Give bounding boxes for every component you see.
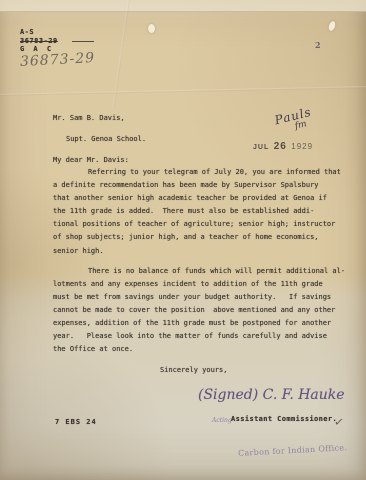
body-line: of shop subjects; junior high, and a tea…	[53, 231, 348, 244]
handwritten-file-number: 36873-29	[20, 50, 96, 70]
file-ref-line2-struck: 36783-29	[20, 37, 58, 46]
salutation: My dear Mr. Davis:	[53, 156, 129, 164]
pencil-checkmark: ✓	[333, 414, 345, 429]
date-stamp-month: JUL	[253, 144, 269, 151]
body-line: year. Please look into the matter of fun…	[53, 330, 348, 343]
signature-stamp: (Signed) C. F. Hauke	[198, 387, 345, 403]
file-ref-line1: A-S	[20, 28, 58, 37]
body-line: the 11th grade is added. There must also…	[53, 205, 348, 218]
paper-fleck	[327, 20, 336, 31]
body-line: the Office at once.	[53, 343, 348, 356]
file-reference-block: A-S 36783-29 G A C	[20, 28, 58, 54]
letter-page: A-S 36783-29 G A C 36873-29 2 Pauls fm J…	[0, 0, 366, 480]
strikethrough-tail	[72, 41, 94, 42]
body-line: cannot be made to cover the position abo…	[53, 304, 348, 317]
recipient-name: Mr. Sam B. Davis,	[53, 114, 125, 122]
paper-fold-edge	[0, 0, 366, 12]
received-date-stamp: JUL 26 1929	[253, 136, 313, 154]
date-stamp-day: 26	[274, 141, 287, 152]
body-line: Referring to your telegram of July 20, y…	[53, 166, 348, 179]
body-line: must be met from savings under your budg…	[53, 291, 348, 304]
signature-title-prefix-stamp: Acting	[212, 417, 232, 424]
body-line: lotments and any expenses incident to ad…	[53, 278, 348, 291]
date-stamp-year: 1929	[291, 142, 313, 151]
page-number: 2	[315, 40, 321, 50]
closing-phrase: Sincerely yours,	[160, 366, 227, 374]
stenographer-reference: 7 EBS 24	[55, 418, 97, 426]
body-line: senior high.	[53, 245, 348, 258]
paper-fleck	[148, 24, 155, 33]
body-line: that another senior high academic teache…	[53, 192, 348, 205]
body-line: expenses, addition of the 11th grade mus…	[53, 317, 348, 330]
body-line: tional positions of teacher of agricultu…	[53, 218, 348, 231]
carbon-copy-stamp: Carbon for Indian Office.	[238, 443, 348, 458]
paragraph-gap	[53, 258, 348, 265]
letter-body: Referring to your telegram of July 20, y…	[53, 166, 348, 356]
signature-title: Assistant Commissioner.	[231, 415, 337, 423]
body-line: There is no balance of funds which will …	[53, 265, 348, 278]
paper-crease	[0, 86, 366, 96]
body-line: a definite recommendation has been made …	[53, 179, 348, 192]
recipient-title: Supt. Genoa School.	[66, 135, 146, 143]
handwritten-annotation: Pauls fm	[272, 101, 315, 136]
